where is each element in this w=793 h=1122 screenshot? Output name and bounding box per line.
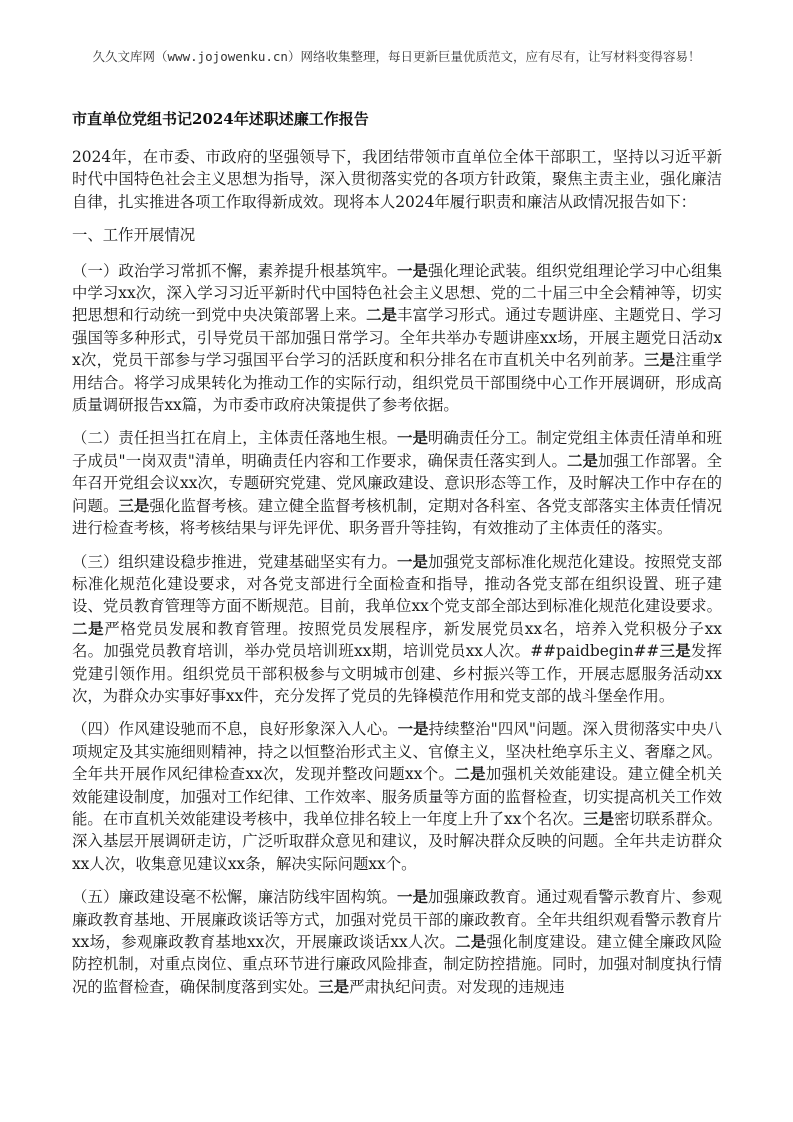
point-marker: 三是 [644, 351, 675, 369]
paragraph-lead: （三）组织建设稳步推进，党建基础坚实有力。 [72, 553, 397, 571]
point-marker: 一是 [397, 429, 428, 447]
point-marker: 二是 [366, 306, 397, 324]
document-title: 市直单位党组书记2024年述职述廉工作报告 [72, 108, 722, 130]
point-marker: 三是 [318, 978, 349, 996]
paragraph-lead: （四）作风建设驰而不息，良好形象深入人心。 [72, 720, 398, 738]
point-marker: 二是 [567, 452, 598, 470]
point-marker: 一是 [398, 720, 429, 738]
intro-paragraph: 2024年，在市委、市政府的坚强领导下，我团结带领市直单位全体干部职工，坚持以习… [72, 146, 722, 213]
paragraph-responsibility: （二）责任担当扛在肩上，主体责任落地生根。一是明确责任分工。制定党组主体责任清单… [72, 427, 722, 539]
paragraph-lead: （一）政治学习常抓不懈，素养提升根基筑牢。 [72, 262, 397, 280]
paragraph-political-study: （一）政治学习常抓不懈，素养提升根基筑牢。一是强化理论武装。组织党组理论学习中心… [72, 260, 722, 417]
paragraph-lead: （五）廉政建设毫不松懈，廉洁防线牢固构筑。 [72, 888, 397, 906]
point-text: 严肃执纪问责。对发现的违规违 [349, 978, 564, 996]
section-heading: 一、工作开展情况 [72, 224, 722, 246]
point-marker: 二是 [72, 620, 104, 638]
point-marker: 一是 [397, 553, 428, 571]
point-text: 强化监督考核。建立健全监督考核机制，定期对各科室、各党支部落实主体责任情况进行检… [72, 497, 722, 537]
paragraph-integrity: （五）廉政建设毫不松懈，廉洁防线牢固构筑。一是加强廉政教育。通过观看警示教育片、… [72, 886, 722, 998]
point-marker: 三是 [118, 497, 149, 515]
point-marker: 一是 [397, 262, 428, 280]
paragraph-lead: （二）责任担当扛在肩上，主体责任落地生根。 [72, 429, 397, 447]
site-banner: 久久文库网（www.jojowenku.cn）网络收集整理，每日更新巨量优质范文… [0, 47, 793, 65]
point-marker: 三是 [583, 810, 614, 828]
document-body: 市直单位党组书记2024年述职述廉工作报告 2024年，在市委、市政府的坚强领导… [72, 108, 722, 1009]
point-marker: 一是 [397, 888, 428, 906]
point-text: 严格党员发展和教育管理。按照党员发展程序，新发展党员xx名，培养入党积极分子xx… [72, 620, 722, 660]
paragraph-work-style: （四）作风建设驰而不息，良好形象深入人心。一是持续整治"四风"问题。深入贯彻落实… [72, 718, 722, 875]
paragraph-organization: （三）组织建设稳步推进，党建基础坚实有力。一是加强党支部标准化规范化建设。按照党… [72, 551, 722, 708]
point-marker: 三是 [659, 642, 691, 660]
point-marker: 二是 [454, 765, 486, 783]
point-marker: 二是 [455, 933, 486, 951]
